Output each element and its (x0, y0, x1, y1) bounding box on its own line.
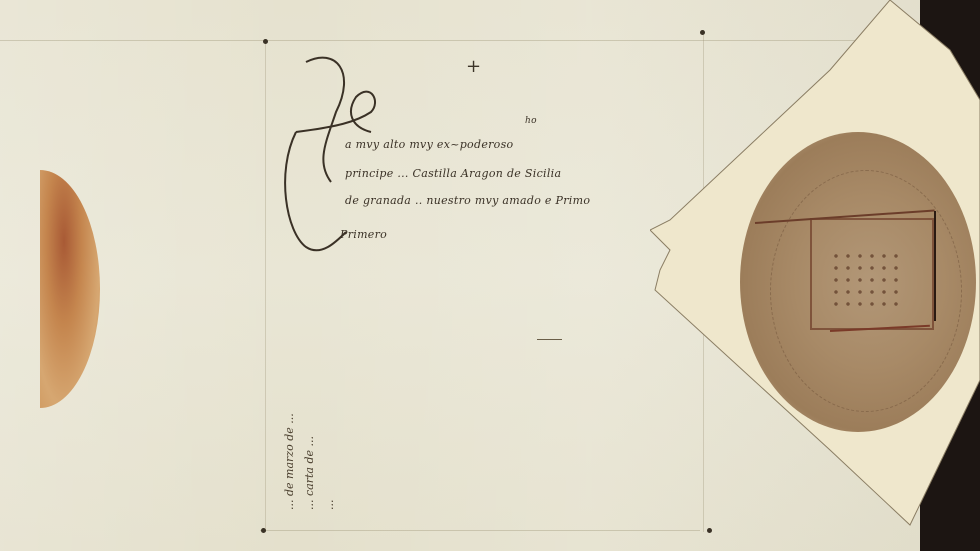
endorsement-line-1: ... de marzo de ... (280, 413, 300, 510)
endorsement-line-2: ... carta de ... (300, 413, 320, 510)
endorsement-note: ... de marzo de ... ... carta de ... ... (280, 413, 340, 510)
address-line-4: Primero (340, 228, 387, 241)
pin-hole (261, 528, 266, 533)
address-superscript: ho (525, 116, 537, 126)
fold-line-left (265, 40, 266, 532)
fold-line-bottom (260, 530, 700, 531)
address-line-1: a mvy alto mvy ex~poderoso (345, 138, 513, 151)
seal-crack (934, 211, 936, 321)
pin-hole (263, 39, 268, 44)
address-line-2: principe ... Castilla Aragon de Sicilia (345, 167, 561, 180)
cross-mark: + (466, 58, 481, 76)
address-line-3: de granada .. nuestro mvy amado e Primo (345, 194, 590, 207)
endorsement-line-3: ... (320, 413, 340, 510)
ink-dash (537, 339, 562, 340)
seal-pattern (830, 250, 900, 310)
